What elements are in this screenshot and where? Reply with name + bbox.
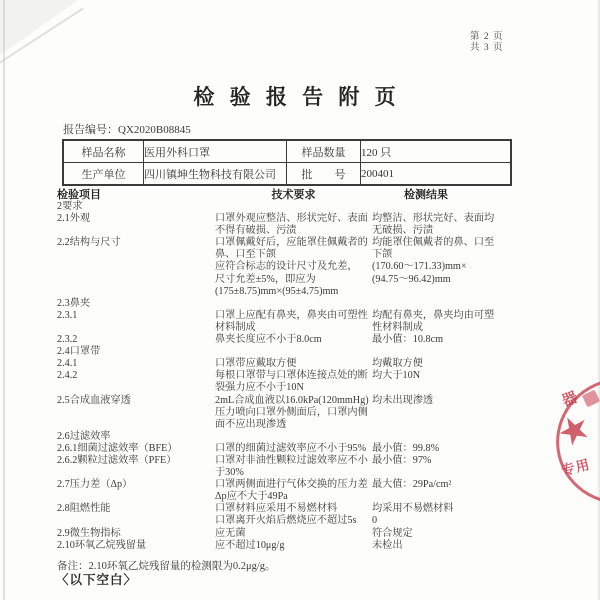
sample-name-label: 样品名称: [63, 140, 144, 163]
document-title: 检 验 报 告 附 页: [0, 81, 594, 111]
technical-requirement: 口罩外观应整洁、形状完好、表面 不得有破损、污渍: [215, 213, 372, 237]
technical-requirement: [215, 431, 372, 443]
test-result: 符合规定: [372, 528, 527, 540]
technical-requirement: 每根口罩带与口罩体连接点处的断 裂强力应不小于10N: [215, 370, 372, 394]
test-result: 未检出: [372, 540, 527, 552]
test-item: 2.4.1: [57, 358, 215, 370]
test-item: 2.5合成血液穿透: [57, 395, 215, 431]
test-result: 均大于10N: [372, 370, 527, 394]
table-row: 2.6.1细菌过滤效率（BFE） 口罩的细菌过滤效率应不小于95% 最小值：99…: [57, 443, 527, 455]
technical-requirement: 口罩的细菌过滤效率应不小于95%: [215, 443, 372, 455]
table-row: 2.7压力差（Δp） 口罩两侧面进行气体交换的压力差 Δp应不大于49Pa 最大…: [57, 479, 527, 503]
test-item: 2.6.1细菌过滤效率（BFE）: [57, 443, 215, 455]
page-number: 第 2 页共 3 页: [470, 32, 504, 54]
test-result: 均戴取方便: [372, 358, 527, 370]
table-row: 2要求: [57, 201, 527, 213]
batch-value: 200401: [361, 163, 512, 186]
table-row: 2.3.2 鼻夹长度应不小于8.0cm 最小值：10.8cm: [57, 334, 527, 346]
table-row: 生产单位 四川镇坤生物科技有限公司 批 号 200401: [63, 163, 511, 186]
test-result: [372, 298, 527, 310]
test-item: 2.1外观: [57, 213, 215, 237]
test-result: 均整洁、形状完好、表面均 无破损、污渍: [372, 213, 527, 237]
table-row: 2.5合成血液穿透 2mL合成血液以16.0kPa(120mmHg) 压力喷向口…: [57, 395, 527, 431]
technical-requirement: 口罩上应配有鼻夹，鼻夹由可塑性 材料制成: [215, 310, 372, 334]
test-item: 2.8阻燃性能: [57, 503, 215, 527]
column-header-requirement: 技术要求: [215, 186, 372, 202]
sample-name-value: 医用外科口罩: [144, 140, 287, 163]
table-row: 2.8阻燃性能 口罩材料应采用不易燃材料 口罩离开火焰后燃烧应不超过5s 均采用…: [57, 503, 527, 527]
table-row: 2.4口罩带: [57, 346, 527, 358]
test-result: 均采用不易燃材料 0: [372, 503, 527, 527]
test-item: 2.10环氧乙烷残留量: [57, 540, 215, 552]
test-result: 均未出现渗透: [372, 395, 527, 431]
test-item: 2.7压力差（Δp）: [57, 479, 215, 503]
technical-requirement: 口罩两侧面进行气体交换的压力差 Δp应不大于49Pa: [215, 479, 372, 503]
test-result: 最小值：97%: [372, 455, 527, 479]
column-header-result: 检测结果: [372, 186, 518, 202]
test-item: 2.9微生物指标: [57, 528, 215, 540]
report-number: 报告编号：QX2020B08845: [63, 121, 191, 137]
test-item: 2.6.2颗粒过滤效率（PFE）: [57, 455, 215, 479]
results-rows: 2要求 2.1外观 口罩外观应整洁、形状完好、表面 不得有破损、污渍 均整洁、形…: [57, 201, 527, 552]
technical-requirement: 口罩佩戴好后，应能罩住佩戴者的 鼻、口至下颌 应符合标志的设计尺寸及允差， 尺寸…: [215, 237, 372, 297]
test-result: 均配有鼻夹，鼻夹均由可塑 性材料制成: [372, 310, 527, 334]
technical-requirement: [215, 201, 372, 213]
blank-below-note: 〈以下空白〉: [56, 570, 137, 588]
table-row: 2.3鼻夹: [57, 298, 527, 310]
page-number-line2: 共 3 页: [470, 43, 504, 53]
test-result: 最小值：99.8%: [372, 443, 527, 455]
test-item: 2.3鼻夹: [57, 298, 215, 310]
test-item: 2.3.2: [57, 334, 215, 346]
table-row: 2.9微生物指标 应无菌 符合规定: [57, 528, 527, 540]
table-row: 2.1外观 口罩外观应整洁、形状完好、表面 不得有破损、污渍 均整洁、形状完好、…: [57, 213, 527, 237]
batch-label: 批 号: [287, 163, 361, 186]
sample-info-table: 样品名称 医用外科口罩 样品数量 120 只 生产单位 四川镇坤生物科技有限公司…: [62, 139, 512, 186]
manufacturer-label: 生产单位: [63, 163, 144, 186]
stamp-star-icon: ★: [553, 411, 595, 450]
test-result: [372, 431, 527, 443]
test-item: 2.4.2: [57, 370, 215, 394]
test-item: 2.2结构与尺寸: [57, 237, 215, 297]
sample-qty-value: 120 只: [361, 140, 512, 163]
test-item: 2.3.1: [57, 310, 215, 334]
technical-requirement: 2mL合成血液以16.0kPa(120mmHg) 压力喷向口罩外侧面后，口罩内侧…: [215, 395, 372, 431]
technical-requirement: 口罩材料应采用不易燃材料 口罩离开火焰后燃烧应不超过5s: [215, 503, 372, 527]
test-result: 均能罩住佩戴者的鼻、口至 下颌 (170.60～171.33)mm× (94.7…: [372, 237, 527, 297]
test-item: 2要求: [57, 201, 215, 213]
technical-requirement: 口罩带应戴取方便: [215, 358, 372, 370]
test-result: [372, 346, 527, 358]
manufacturer-value: 四川镇坤生物科技有限公司: [144, 163, 287, 186]
technical-requirement: 应无菌: [215, 528, 372, 540]
technical-requirement: 口罩对非油性颗粒过滤效率应不小 于30%: [215, 455, 372, 479]
official-seal-stamp: 器 ★ 专用: [540, 360, 600, 520]
table-row: 2.2结构与尺寸 口罩佩戴好后，应能罩住佩戴者的 鼻、口至下颌 应符合标志的设计…: [57, 237, 527, 297]
column-header-item: 检验项目: [57, 186, 215, 202]
table-row: 样品名称 医用外科口罩 样品数量 120 只: [63, 140, 511, 163]
technical-requirement: [215, 346, 372, 358]
test-item: 2.4口罩带: [57, 346, 215, 358]
technical-requirement: 应不超过10μg/g: [215, 540, 372, 552]
table-row: 2.4.2 每根口罩带与口罩体连接点处的断 裂强力应不小于10N 均大于10N: [57, 370, 527, 394]
test-item: 2.6过滤效率: [57, 431, 215, 443]
table-row: 2.4.1 口罩带应戴取方便 均戴取方便: [57, 358, 527, 370]
results-column-headers: 检验项目 技术要求 检测结果: [57, 186, 518, 202]
test-result: [372, 201, 527, 213]
table-row: 2.6.2颗粒过滤效率（PFE） 口罩对非油性颗粒过滤效率应不小 于30% 最小…: [57, 455, 527, 479]
technical-requirement: 鼻夹长度应不小于8.0cm: [215, 334, 372, 346]
technical-requirement: [215, 298, 372, 310]
page-number-line1: 第 2 页: [470, 32, 504, 42]
table-row: 2.10环氧乙烷残留量 应不超过10μg/g 未检出: [57, 540, 527, 552]
table-row: 2.6过滤效率: [57, 431, 527, 443]
sample-qty-label: 样品数量: [287, 140, 361, 163]
table-row: 2.3.1 口罩上应配有鼻夹，鼻夹由可塑性 材料制成 均配有鼻夹，鼻夹均由可塑 …: [57, 310, 527, 334]
test-result: 最大值：29Pa/cm²: [372, 479, 527, 503]
test-result: 最小值：10.8cm: [372, 334, 527, 346]
